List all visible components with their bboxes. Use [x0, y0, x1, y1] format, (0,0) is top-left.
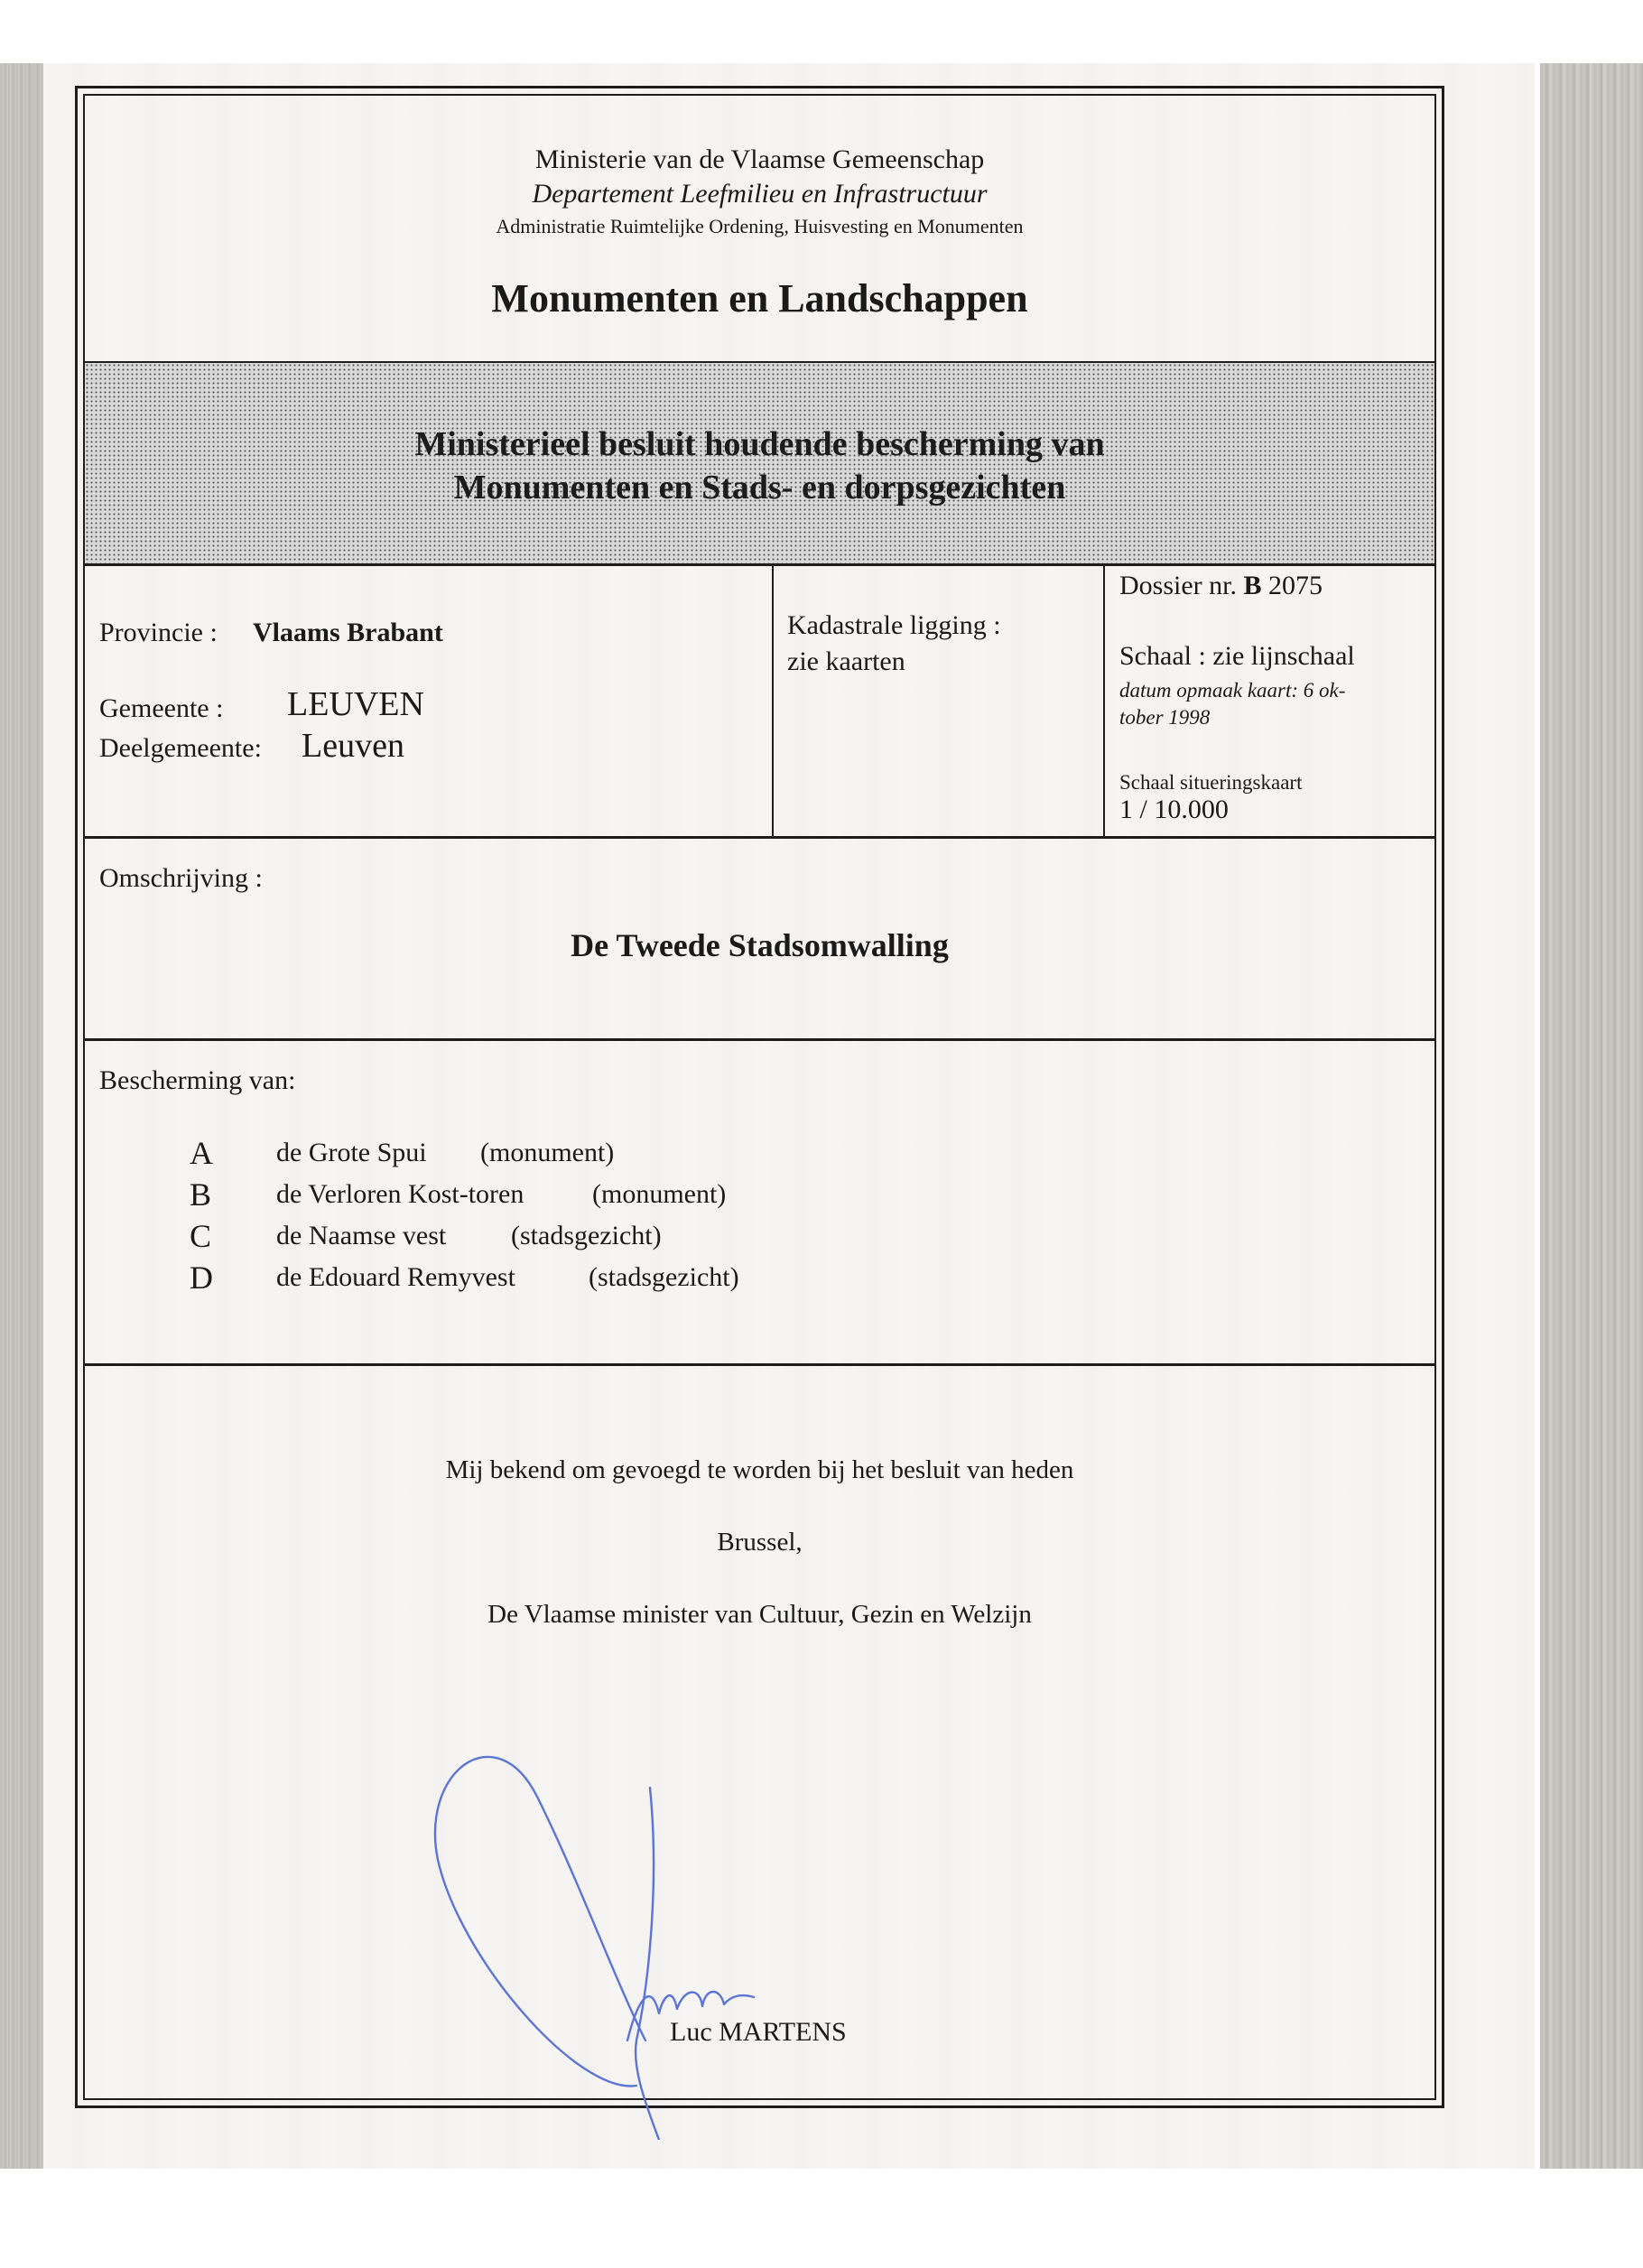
- schaal-label: Schaal : zie lijnschaal: [1119, 641, 1355, 672]
- column-divider: [1103, 563, 1105, 838]
- deelgemeente-value: Leuven: [302, 726, 404, 766]
- decree-title-line2: Monumenten en Stads- en dorpsgezichten: [83, 468, 1436, 507]
- divider: [83, 1363, 1436, 1366]
- deelgemeente-label: Deelgemeente:: [99, 733, 262, 764]
- provincie-value: Vlaams Brabant: [253, 618, 443, 648]
- ministry-name: Ministerie van de Vlaamse Gemeenschap: [83, 144, 1436, 175]
- item-type: (stadsgezicht): [511, 1221, 662, 1251]
- omschrijving-value: De Tweede Stadsomwalling: [83, 926, 1436, 964]
- dossier-label: Dossier nr.: [1119, 571, 1237, 600]
- situering-value: 1 / 10.000: [1119, 795, 1229, 825]
- administration-name: Administratie Ruimtelijke Ordening, Huis…: [83, 215, 1436, 238]
- department-name: Departement Leefmilieu en Infrastructuur: [83, 179, 1436, 209]
- kadaster-value: zie kaarten: [787, 646, 905, 677]
- item-name: de Edouard Remyvest: [276, 1262, 515, 1293]
- map-date-line2: tober 1998: [1119, 706, 1210, 730]
- bescherming-label: Bescherming van:: [99, 1065, 295, 1096]
- item-letter: B: [190, 1176, 211, 1213]
- situering-label: Schaal situeringskaart: [1119, 771, 1302, 795]
- item-name: de Verloren Kost-toren: [276, 1179, 524, 1210]
- gemeente-label: Gemeente :: [99, 693, 223, 724]
- signatory-name: Luc MARTENS: [670, 2017, 847, 2048]
- item-type: (monument): [480, 1138, 614, 1168]
- decree-title-line1: Ministerieel besluit houdende beschermin…: [83, 424, 1436, 464]
- item-type: (stadsgezicht): [589, 1262, 739, 1293]
- signature-scribble: [388, 1743, 894, 2140]
- item-type: (monument): [592, 1179, 726, 1210]
- item-letter: A: [190, 1134, 213, 1172]
- dossier-number: Dossier nr. B 2075: [1119, 571, 1323, 601]
- item-letter: D: [190, 1259, 213, 1297]
- dossier-value: 2075: [1268, 571, 1323, 600]
- minister-title: De Vlaamse minister van Cultuur, Gezin e…: [83, 1600, 1436, 1630]
- scanner-edge-right: [1540, 63, 1643, 2169]
- column-divider: [772, 563, 774, 838]
- place: Brussel,: [83, 1528, 1436, 1557]
- provincie-label: Provincie :: [99, 618, 218, 648]
- item-name: de Naamse vest: [276, 1221, 446, 1251]
- divider: [83, 563, 1436, 566]
- divider: [83, 1038, 1436, 1041]
- kadaster-label: Kadastrale ligging :: [787, 610, 1001, 641]
- document-heading: Monumenten en Landschappen: [83, 275, 1436, 321]
- statement: Mij bekend om gevoegd te worden bij het …: [83, 1455, 1436, 1485]
- divider: [83, 836, 1436, 839]
- item-letter: C: [190, 1217, 211, 1255]
- map-date-line1: datum opmaak kaart: 6 ok-: [1119, 679, 1345, 702]
- scanner-edge-left: [0, 63, 43, 2169]
- omschrijving-label: Omschrijving :: [99, 863, 263, 894]
- dossier-prefix: B: [1244, 571, 1262, 600]
- gemeente-value: LEUVEN: [287, 684, 424, 724]
- item-name: de Grote Spui: [276, 1138, 427, 1168]
